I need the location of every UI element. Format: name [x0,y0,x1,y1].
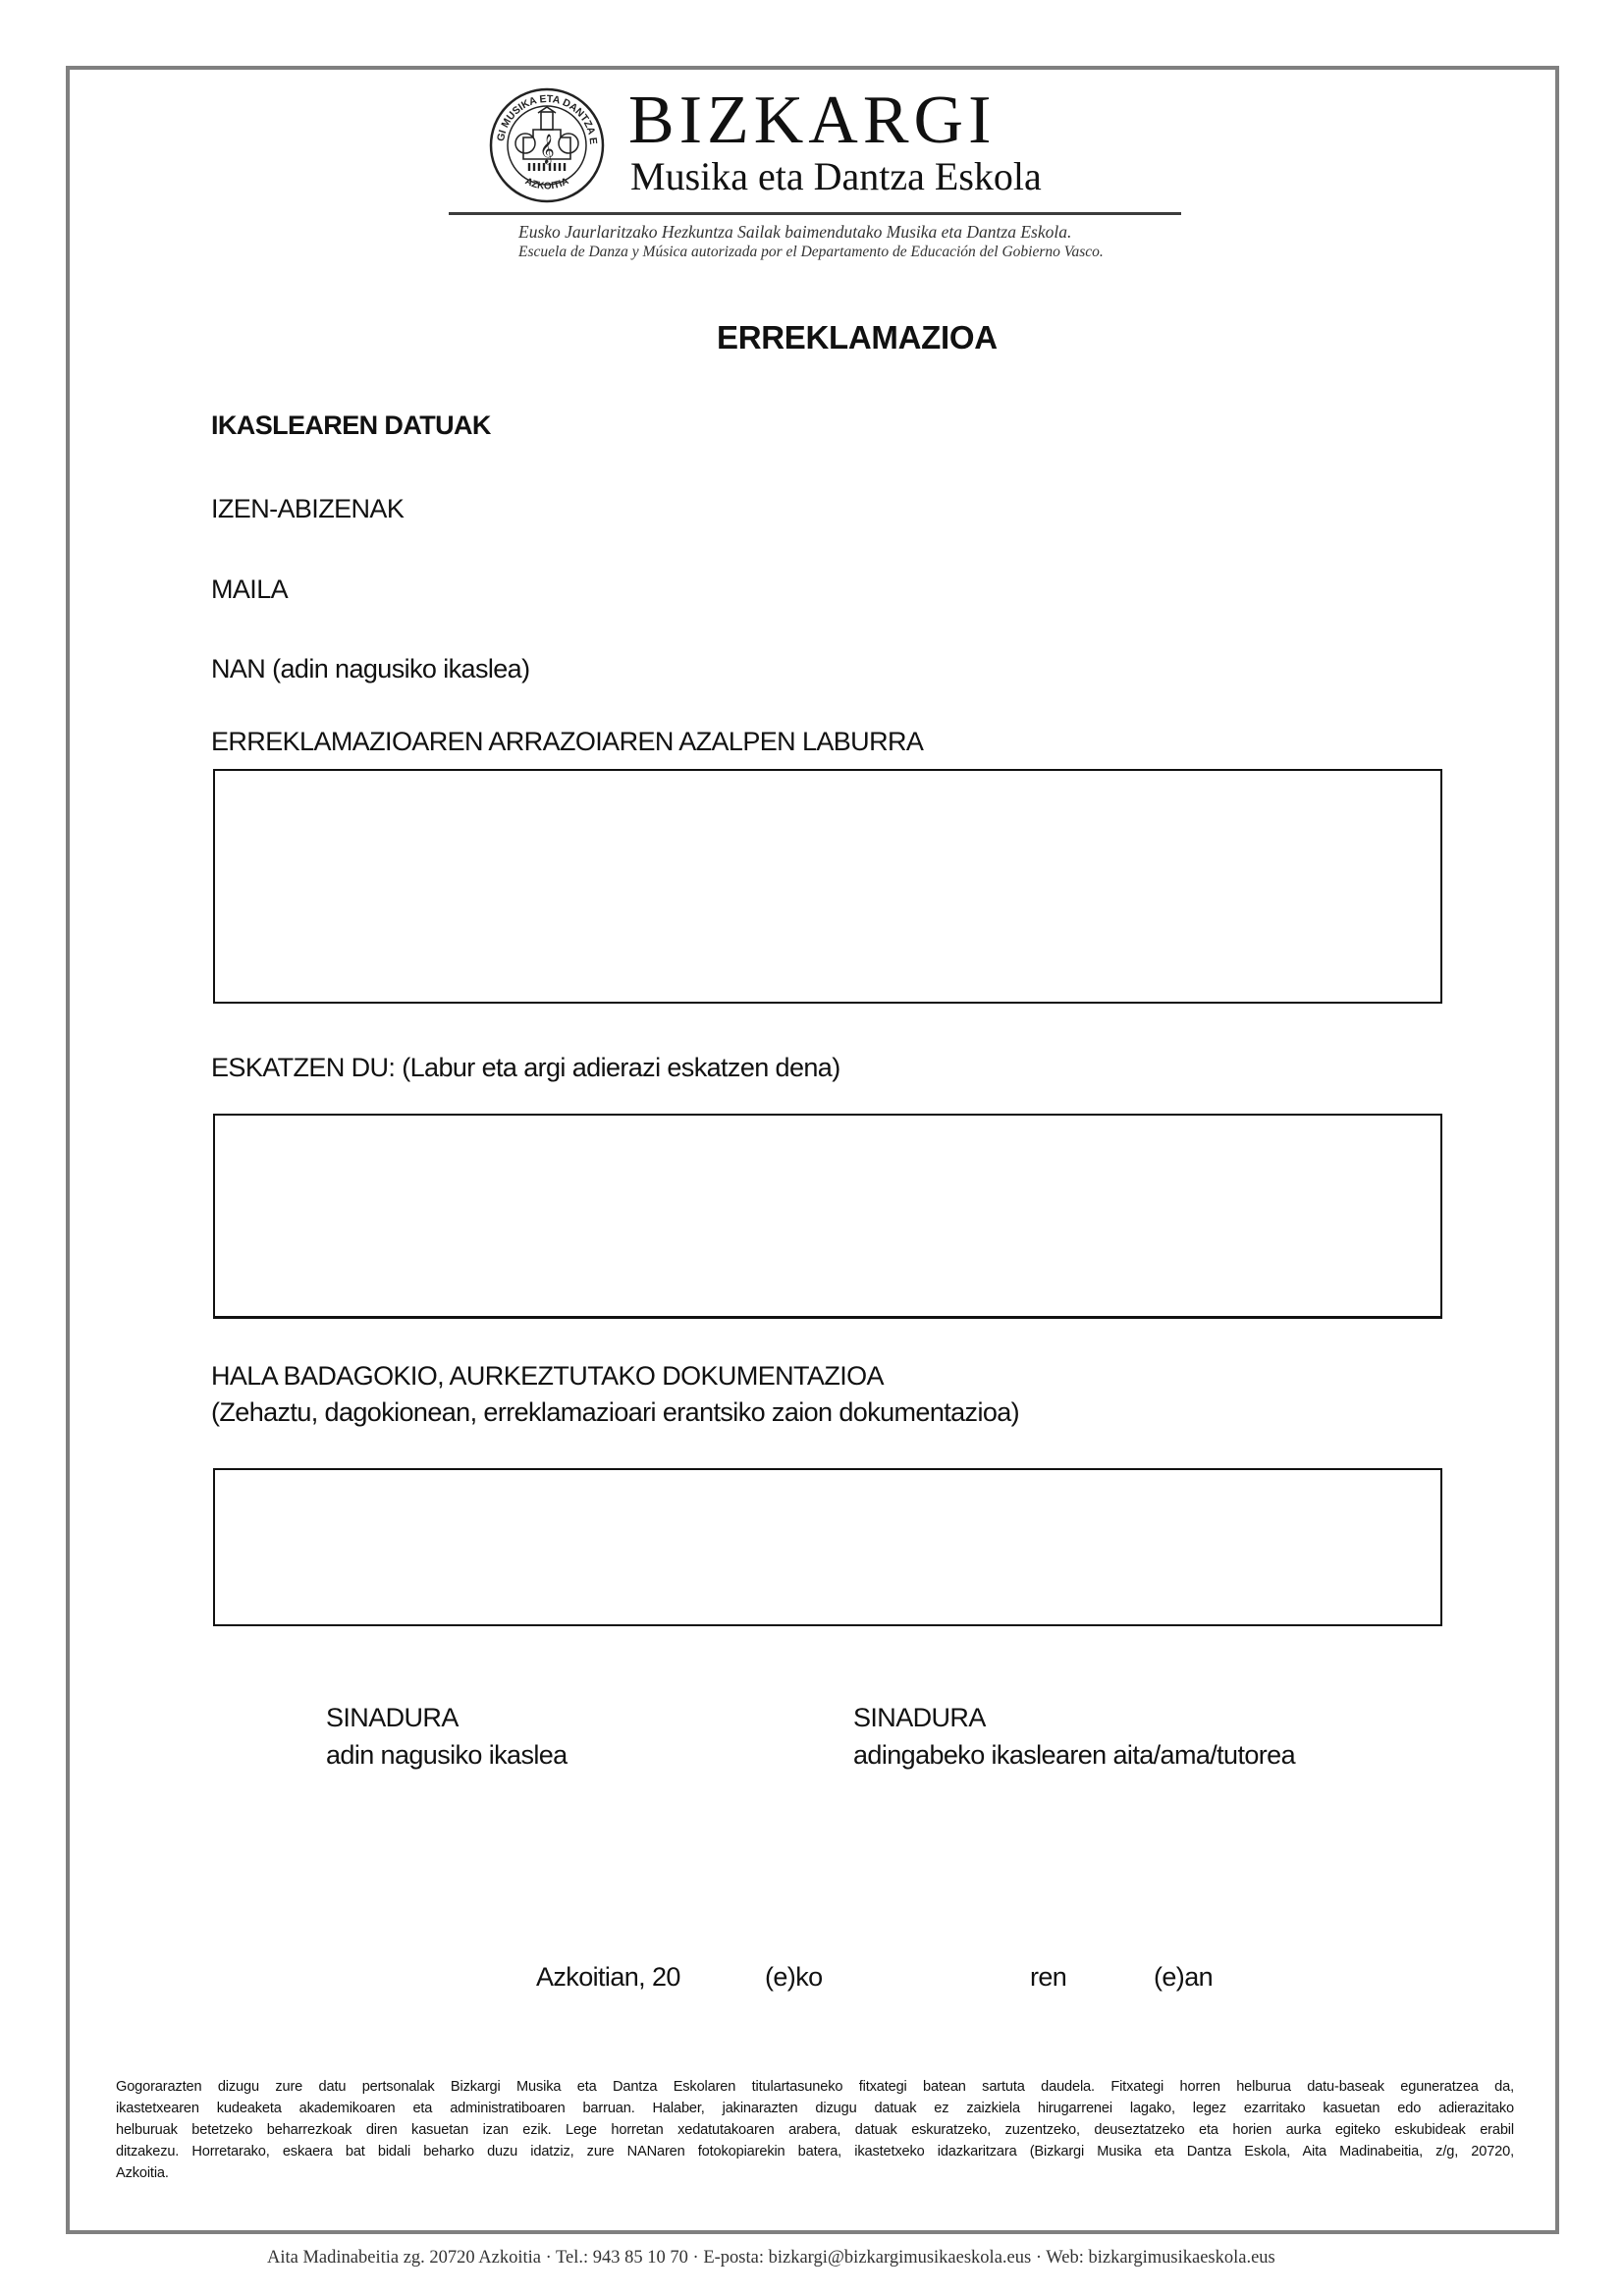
date-place-year: Azkoitian, 20 [536,1964,680,1991]
header-divider [449,212,1181,215]
signature-guardian-subtitle: adingabeko ikaslearen aita/ama/tutorea [853,1742,1295,1769]
date-month-suffix: ren [1030,1964,1066,1991]
signature-adult-title: SINADURA [326,1705,459,1731]
date-day-suffix: (e)an [1154,1964,1213,1991]
svg-text:𝄞: 𝄞 [539,134,554,165]
date-year-suffix: (e)ko [765,1964,823,1991]
signature-guardian-title: SINADURA [853,1705,986,1731]
brand-name: BIZKARGI [628,86,996,155]
privacy-notice-line: ikastetxearen kudeaketa akademikoaren et… [116,2098,1514,2119]
svg-text:AZKOITIA: AZKOITIA [523,176,570,191]
page-title: ERREKLAMAZIOA [717,319,998,356]
full-name-label: IZEN-ABIZENAK [211,496,404,522]
authorization-eu: Eusko Jaurlaritzako Hezkuntza Sailak bai… [518,224,1071,242]
signature-adult-subtitle: adin nagusiko ikaslea [326,1742,568,1769]
privacy-notice-line: helburuak betetzeko beharrezkoak diren k… [116,2119,1514,2141]
documentation-textbox[interactable] [213,1468,1442,1626]
level-label: MAILA [211,576,288,603]
privacy-notice-line: ditzakezu. Horretarako, eskaera bat bida… [116,2141,1514,2162]
request-textbox[interactable] [213,1114,1442,1319]
documentation-label: HALA BADAGOKIO, AURKEZTUTAKO DOKUMENTAZI… [211,1363,884,1390]
privacy-notice: Gogorarazten dizugu zure datu pertsonala… [116,2076,1514,2184]
authorization-es: Escuela de Danza y Música autorizada por… [518,245,1104,260]
privacy-notice-line: Gogorarazten dizugu zure datu pertsonala… [116,2076,1514,2098]
documentation-hint: (Zehaztu, dagokionean, erreklamazioari e… [211,1399,1019,1426]
brand-subtitle: Musika eta Dantza Eskola [630,157,1042,196]
footer-address: Aita Madinabeitia zg. 20720 Azkoitia · T… [267,2248,1275,2269]
student-section-title: IKASLEAREN DATUAK [211,412,491,439]
reason-textbox[interactable] [213,769,1442,1004]
id-label: NAN (adin nagusiko ikaslea) [211,656,529,683]
request-label: ESKATZEN DU: (Labur eta argi adierazi es… [211,1055,840,1081]
reason-label: ERREKLAMAZIOAREN ARRAZOIAREN AZALPEN LAB… [211,729,923,755]
school-emblem-icon: BIZKARGI MUSIKA ETA DANTZA ESKOLA AZKOIT… [488,86,606,204]
privacy-notice-line: Azkoitia. [116,2162,1514,2184]
